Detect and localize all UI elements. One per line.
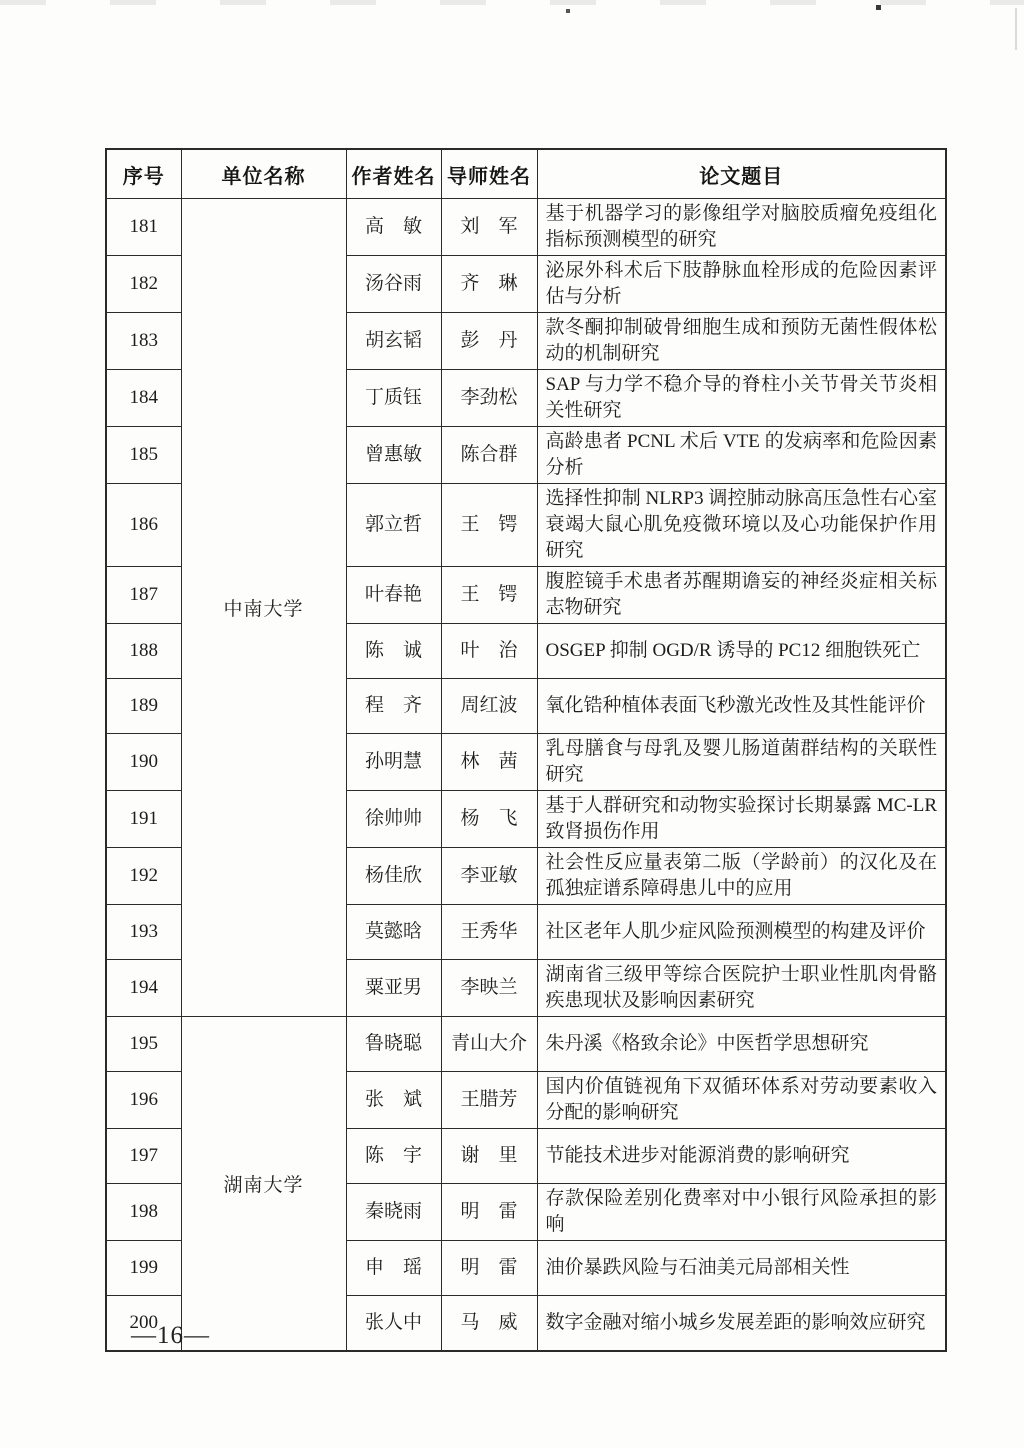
table-row: 181 中南大学高 敏 刘 军 基于机器学习的影像组学对脑胶质瘤免疫组化指标预测… — [106, 199, 946, 256]
row-number-cell: 197 — [106, 1129, 181, 1184]
scan-artifact-dot — [876, 5, 881, 10]
title-cell: 社会性反应量表第二版（学龄前）的汉化及在孤独症谱系障碍患儿中的应用 — [537, 848, 946, 905]
row-number-cell: 196 — [106, 1072, 181, 1129]
advisor-cell: 齐 琳 — [441, 256, 537, 313]
page-number: —16— — [131, 1322, 210, 1350]
header-advisor-name: 导师姓名 — [441, 149, 537, 199]
row-number-cell: 190 — [106, 734, 181, 791]
header-serial-number: 序号 — [106, 149, 181, 199]
title-cell: 国内价值链视角下双循环体系对劳动要素收入分配的影响研究 — [537, 1072, 946, 1129]
scanned-document-page: 序号 单位名称 作者姓名 导师姓名 论文题目 181 中南大学高 敏 刘 军 基… — [0, 0, 1024, 1448]
author-cell: 徐帅帅 — [346, 791, 441, 848]
advisor-cell: 明 雷 — [441, 1184, 537, 1241]
author-cell: 郭立哲 — [346, 484, 441, 567]
row-number-cell: 184 — [106, 370, 181, 427]
advisor-cell: 杨 飞 — [441, 791, 537, 848]
scan-artifact-line — [1015, 8, 1017, 50]
institution-cell: 中南大学 — [181, 199, 346, 1017]
title-cell: 乳母膳食与母乳及婴儿肠道菌群结构的关联性研究 — [537, 734, 946, 791]
title-cell: 选择性抑制 NLRP3 调控肺动脉高压急性右心室衰竭大鼠心肌免疫微环境以及心功能… — [537, 484, 946, 567]
advisor-cell: 明 雷 — [441, 1241, 537, 1296]
author-cell: 胡玄韬 — [346, 313, 441, 370]
row-number-cell: 188 — [106, 624, 181, 679]
advisor-cell: 周红波 — [441, 679, 537, 734]
title-cell: 节能技术进步对能源消费的影响研究 — [537, 1129, 946, 1184]
header-institution: 单位名称 — [181, 149, 346, 199]
title-cell: 款冬酮抑制破骨细胞生成和预防无菌性假体松动的机制研究 — [537, 313, 946, 370]
row-number-cell: 193 — [106, 905, 181, 960]
advisor-cell: 李亚敏 — [441, 848, 537, 905]
table-header: 序号 单位名称 作者姓名 导师姓名 论文题目 — [106, 149, 946, 199]
advisor-cell: 王秀华 — [441, 905, 537, 960]
author-cell: 高 敏 — [346, 199, 441, 256]
row-number-cell: 199 — [106, 1241, 181, 1296]
thesis-table: 序号 单位名称 作者姓名 导师姓名 论文题目 181 中南大学高 敏 刘 军 基… — [105, 148, 947, 1352]
advisor-cell: 王 锷 — [441, 567, 537, 624]
title-cell: 腹腔镜手术患者苏醒期谵妄的神经炎症相关标志物研究 — [537, 567, 946, 624]
title-cell: 泌尿外科术后下肢静脉血栓形成的危险因素评估与分析 — [537, 256, 946, 313]
header-thesis-title: 论文题目 — [537, 149, 946, 199]
title-cell: 氧化锆种植体表面飞秒激光改性及其性能评价 — [537, 679, 946, 734]
author-cell: 张人中 — [346, 1296, 441, 1352]
advisor-cell: 刘 军 — [441, 199, 537, 256]
title-cell: OSGEP 抑制 OGD/R 诱导的 PC12 细胞铁死亡 — [537, 624, 946, 679]
header-author-name: 作者姓名 — [346, 149, 441, 199]
scan-artifact-streak — [0, 0, 1024, 5]
title-cell: SAP 与力学不稳介导的脊柱小关节骨关节炎相关性研究 — [537, 370, 946, 427]
row-number-cell: 192 — [106, 848, 181, 905]
title-cell: 湖南省三级甲等综合医院护士职业性肌肉骨骼疾患现状及影响因素研究 — [537, 960, 946, 1017]
title-cell: 数字金融对缩小城乡发展差距的影响效应研究 — [537, 1296, 946, 1352]
row-number-cell: 182 — [106, 256, 181, 313]
author-cell: 粟亚男 — [346, 960, 441, 1017]
row-number-cell: 191 — [106, 791, 181, 848]
author-cell: 莫懿晗 — [346, 905, 441, 960]
author-cell: 丁质钰 — [346, 370, 441, 427]
row-number-cell: 187 — [106, 567, 181, 624]
row-number-cell: 185 — [106, 427, 181, 484]
title-cell: 高龄患者 PCNL 术后 VTE 的发病率和危险因素分析 — [537, 427, 946, 484]
advisor-cell: 叶 治 — [441, 624, 537, 679]
advisor-cell: 彭 丹 — [441, 313, 537, 370]
author-cell: 汤谷雨 — [346, 256, 441, 313]
advisor-cell: 陈合群 — [441, 427, 537, 484]
title-cell: 基于机器学习的影像组学对脑胶质瘤免疫组化指标预测模型的研究 — [537, 199, 946, 256]
author-cell: 杨佳欣 — [346, 848, 441, 905]
advisor-cell: 马 威 — [441, 1296, 537, 1352]
title-cell: 社区老年人肌少症风险预测模型的构建及评价 — [537, 905, 946, 960]
scan-artifact-dot — [566, 9, 570, 13]
advisor-cell: 王腊芳 — [441, 1072, 537, 1129]
advisor-cell: 李映兰 — [441, 960, 537, 1017]
advisor-cell: 林 茜 — [441, 734, 537, 791]
author-cell: 叶春艳 — [346, 567, 441, 624]
title-cell: 朱丹溪《格致余论》中医哲学思想研究 — [537, 1017, 946, 1072]
author-cell: 秦晓雨 — [346, 1184, 441, 1241]
row-number-cell: 189 — [106, 679, 181, 734]
author-cell: 孙明慧 — [346, 734, 441, 791]
advisor-cell: 王 锷 — [441, 484, 537, 567]
author-cell: 申 瑶 — [346, 1241, 441, 1296]
row-number-cell: 195 — [106, 1017, 181, 1072]
row-number-cell: 194 — [106, 960, 181, 1017]
author-cell: 曾惠敏 — [346, 427, 441, 484]
title-cell: 存款保险差别化费率对中小银行风险承担的影响 — [537, 1184, 946, 1241]
author-cell: 鲁晓聪 — [346, 1017, 441, 1072]
title-cell: 基于人群研究和动物实验探讨长期暴露 MC-LR 致肾损伤作用 — [537, 791, 946, 848]
author-cell: 陈 诚 — [346, 624, 441, 679]
title-cell: 油价暴跌风险与石油美元局部相关性 — [537, 1241, 946, 1296]
row-number-cell: 183 — [106, 313, 181, 370]
institution-cell: 湖南大学 — [181, 1017, 346, 1352]
table-row: 195 湖南大学鲁晓聪 青山大介 朱丹溪《格致余论》中医哲学思想研究 — [106, 1017, 946, 1072]
row-number-cell: 198 — [106, 1184, 181, 1241]
advisor-cell: 谢 里 — [441, 1129, 537, 1184]
table-body: 181 中南大学高 敏 刘 军 基于机器学习的影像组学对脑胶质瘤免疫组化指标预测… — [106, 199, 946, 1352]
header-row: 序号 单位名称 作者姓名 导师姓名 论文题目 — [106, 149, 946, 199]
advisor-cell: 青山大介 — [441, 1017, 537, 1072]
author-cell: 陈 宇 — [346, 1129, 441, 1184]
author-cell: 张 斌 — [346, 1072, 441, 1129]
row-number-cell: 186 — [106, 484, 181, 567]
author-cell: 程 齐 — [346, 679, 441, 734]
row-number-cell: 181 — [106, 199, 181, 256]
advisor-cell: 李劲松 — [441, 370, 537, 427]
